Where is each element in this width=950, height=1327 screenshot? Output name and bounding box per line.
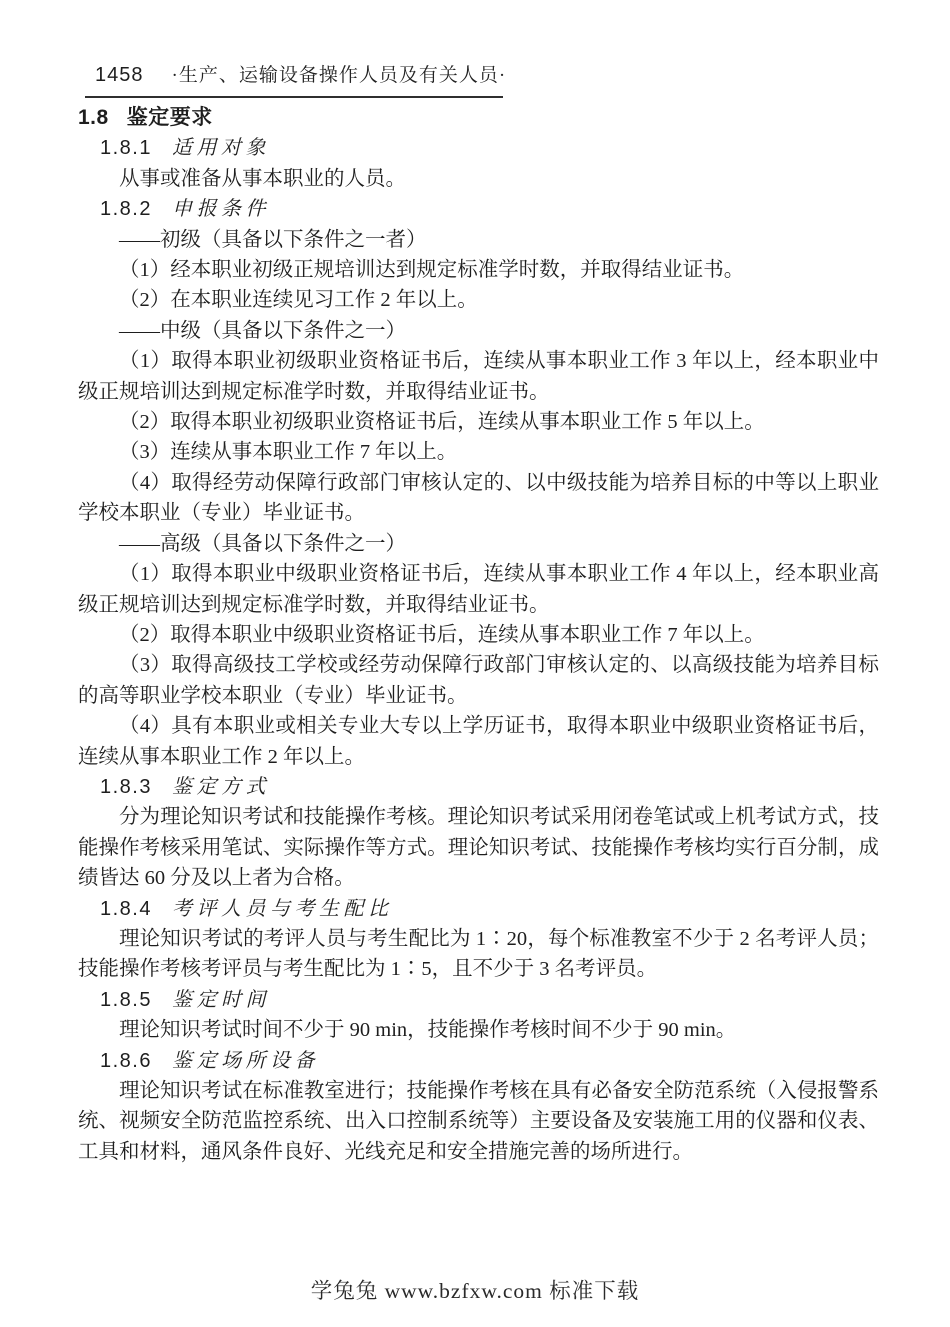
paragraph: （1）取得本职业初级职业资格证书后，连续从事本职业工作 3 年以上，经本职业中级… bbox=[78, 346, 879, 407]
subsection-heading-1-8-2: 1.8.2申报条件 bbox=[78, 194, 879, 224]
paragraph: （2）取得本职业中级职业资格证书后，连续从事本职业工作 7 年以上。 bbox=[78, 620, 879, 650]
section-title: 鉴定要求 bbox=[127, 106, 213, 129]
paragraph: 从事或准备从事本职业的人员。 bbox=[78, 164, 879, 194]
document-body: 1.8鉴定要求 1.8.1适用对象 从事或准备从事本职业的人员。 1.8.2申报… bbox=[78, 103, 879, 1167]
watermark-text: 学兔兔 www.bzfxw.com 标准下载 bbox=[311, 1279, 640, 1303]
running-title: ·生产、运输设备操作人员及有关人员· bbox=[172, 60, 507, 87]
paragraph: 理论知识考试在标准教室进行；技能操作考核在具有必备安全防范系统（入侵报警系统、视… bbox=[78, 1076, 879, 1167]
paragraph: （4）具有本职业或相关专业大专以上学历证书，取得本职业中级职业资格证书后，连续从… bbox=[78, 711, 879, 772]
section-heading-1-8: 1.8鉴定要求 bbox=[78, 103, 879, 133]
subsection-number: 1.8.4 bbox=[100, 898, 152, 920]
running-header: 1458 ·生产、运输设备操作人员及有关人员· bbox=[85, 60, 503, 98]
paragraph: （4）取得经劳动保障行政部门审核认定的、以中级技能为培养目标的中等以上职业学校本… bbox=[78, 468, 879, 529]
paragraph: 理论知识考试的考评人员与考生配比为 1∶20，每个标准教室不少于 2 名考评人员… bbox=[78, 924, 879, 985]
watermark-footer: 学兔兔 www.bzfxw.com 标准下载 bbox=[0, 1274, 950, 1305]
paragraph: ——高级（具备以下条件之一） bbox=[78, 529, 879, 559]
paragraph: （3）取得高级技工学校或经劳动保障行政部门审核认定的、以高级技能为培养目标的高等… bbox=[78, 650, 879, 711]
subsection-heading-1-8-1: 1.8.1适用对象 bbox=[78, 133, 879, 163]
paragraph: （1）取得本职业中级职业资格证书后，连续从事本职业工作 4 年以上，经本职业高级… bbox=[78, 559, 879, 620]
paragraph: （1）经本职业初级正规培训达到规定标准学时数，并取得结业证书。 bbox=[78, 255, 879, 285]
paragraph: ——中级（具备以下条件之一） bbox=[78, 316, 879, 346]
subsection-number: 1.8.1 bbox=[100, 137, 152, 159]
subsection-heading-1-8-6: 1.8.6鉴定场所设备 bbox=[78, 1046, 879, 1076]
subsection-title: 鉴定方式 bbox=[172, 776, 270, 798]
subsection-title: 鉴定场所设备 bbox=[172, 1050, 319, 1072]
paragraph: （3）连续从事本职业工作 7 年以上。 bbox=[78, 437, 879, 467]
subsection-title: 申报条件 bbox=[172, 198, 270, 220]
paragraph: （2）在本职业连续见习工作 2 年以上。 bbox=[78, 285, 879, 315]
subsection-number: 1.8.3 bbox=[100, 776, 152, 798]
paragraph: ——初级（具备以下条件之一者） bbox=[78, 225, 879, 255]
subsection-heading-1-8-5: 1.8.5鉴定时间 bbox=[78, 985, 879, 1015]
document-page: 1458 ·生产、运输设备操作人员及有关人员· 1.8鉴定要求 1.8.1适用对… bbox=[0, 0, 950, 1327]
subsection-number: 1.8.2 bbox=[100, 198, 152, 220]
subsection-heading-1-8-3: 1.8.3鉴定方式 bbox=[78, 772, 879, 802]
subsection-title: 适用对象 bbox=[172, 137, 270, 159]
paragraph: 理论知识考试时间不少于 90 min，技能操作考核时间不少于 90 min。 bbox=[78, 1015, 879, 1045]
section-number: 1.8 bbox=[78, 106, 109, 129]
subsection-heading-1-8-4: 1.8.4考评人员与考生配比 bbox=[78, 894, 879, 924]
paragraph: （2）取得本职业初级职业资格证书后，连续从事本职业工作 5 年以上。 bbox=[78, 407, 879, 437]
paragraph: 分为理论知识考试和技能操作考核。理论知识考试采用闭卷笔试或上机考试方式，技能操作… bbox=[78, 802, 879, 893]
page-number: 1458 bbox=[95, 64, 144, 87]
subsection-title: 鉴定时间 bbox=[172, 989, 270, 1011]
subsection-title: 考评人员与考生配比 bbox=[172, 898, 393, 920]
subsection-number: 1.8.5 bbox=[100, 989, 152, 1011]
subsection-number: 1.8.6 bbox=[100, 1050, 152, 1072]
